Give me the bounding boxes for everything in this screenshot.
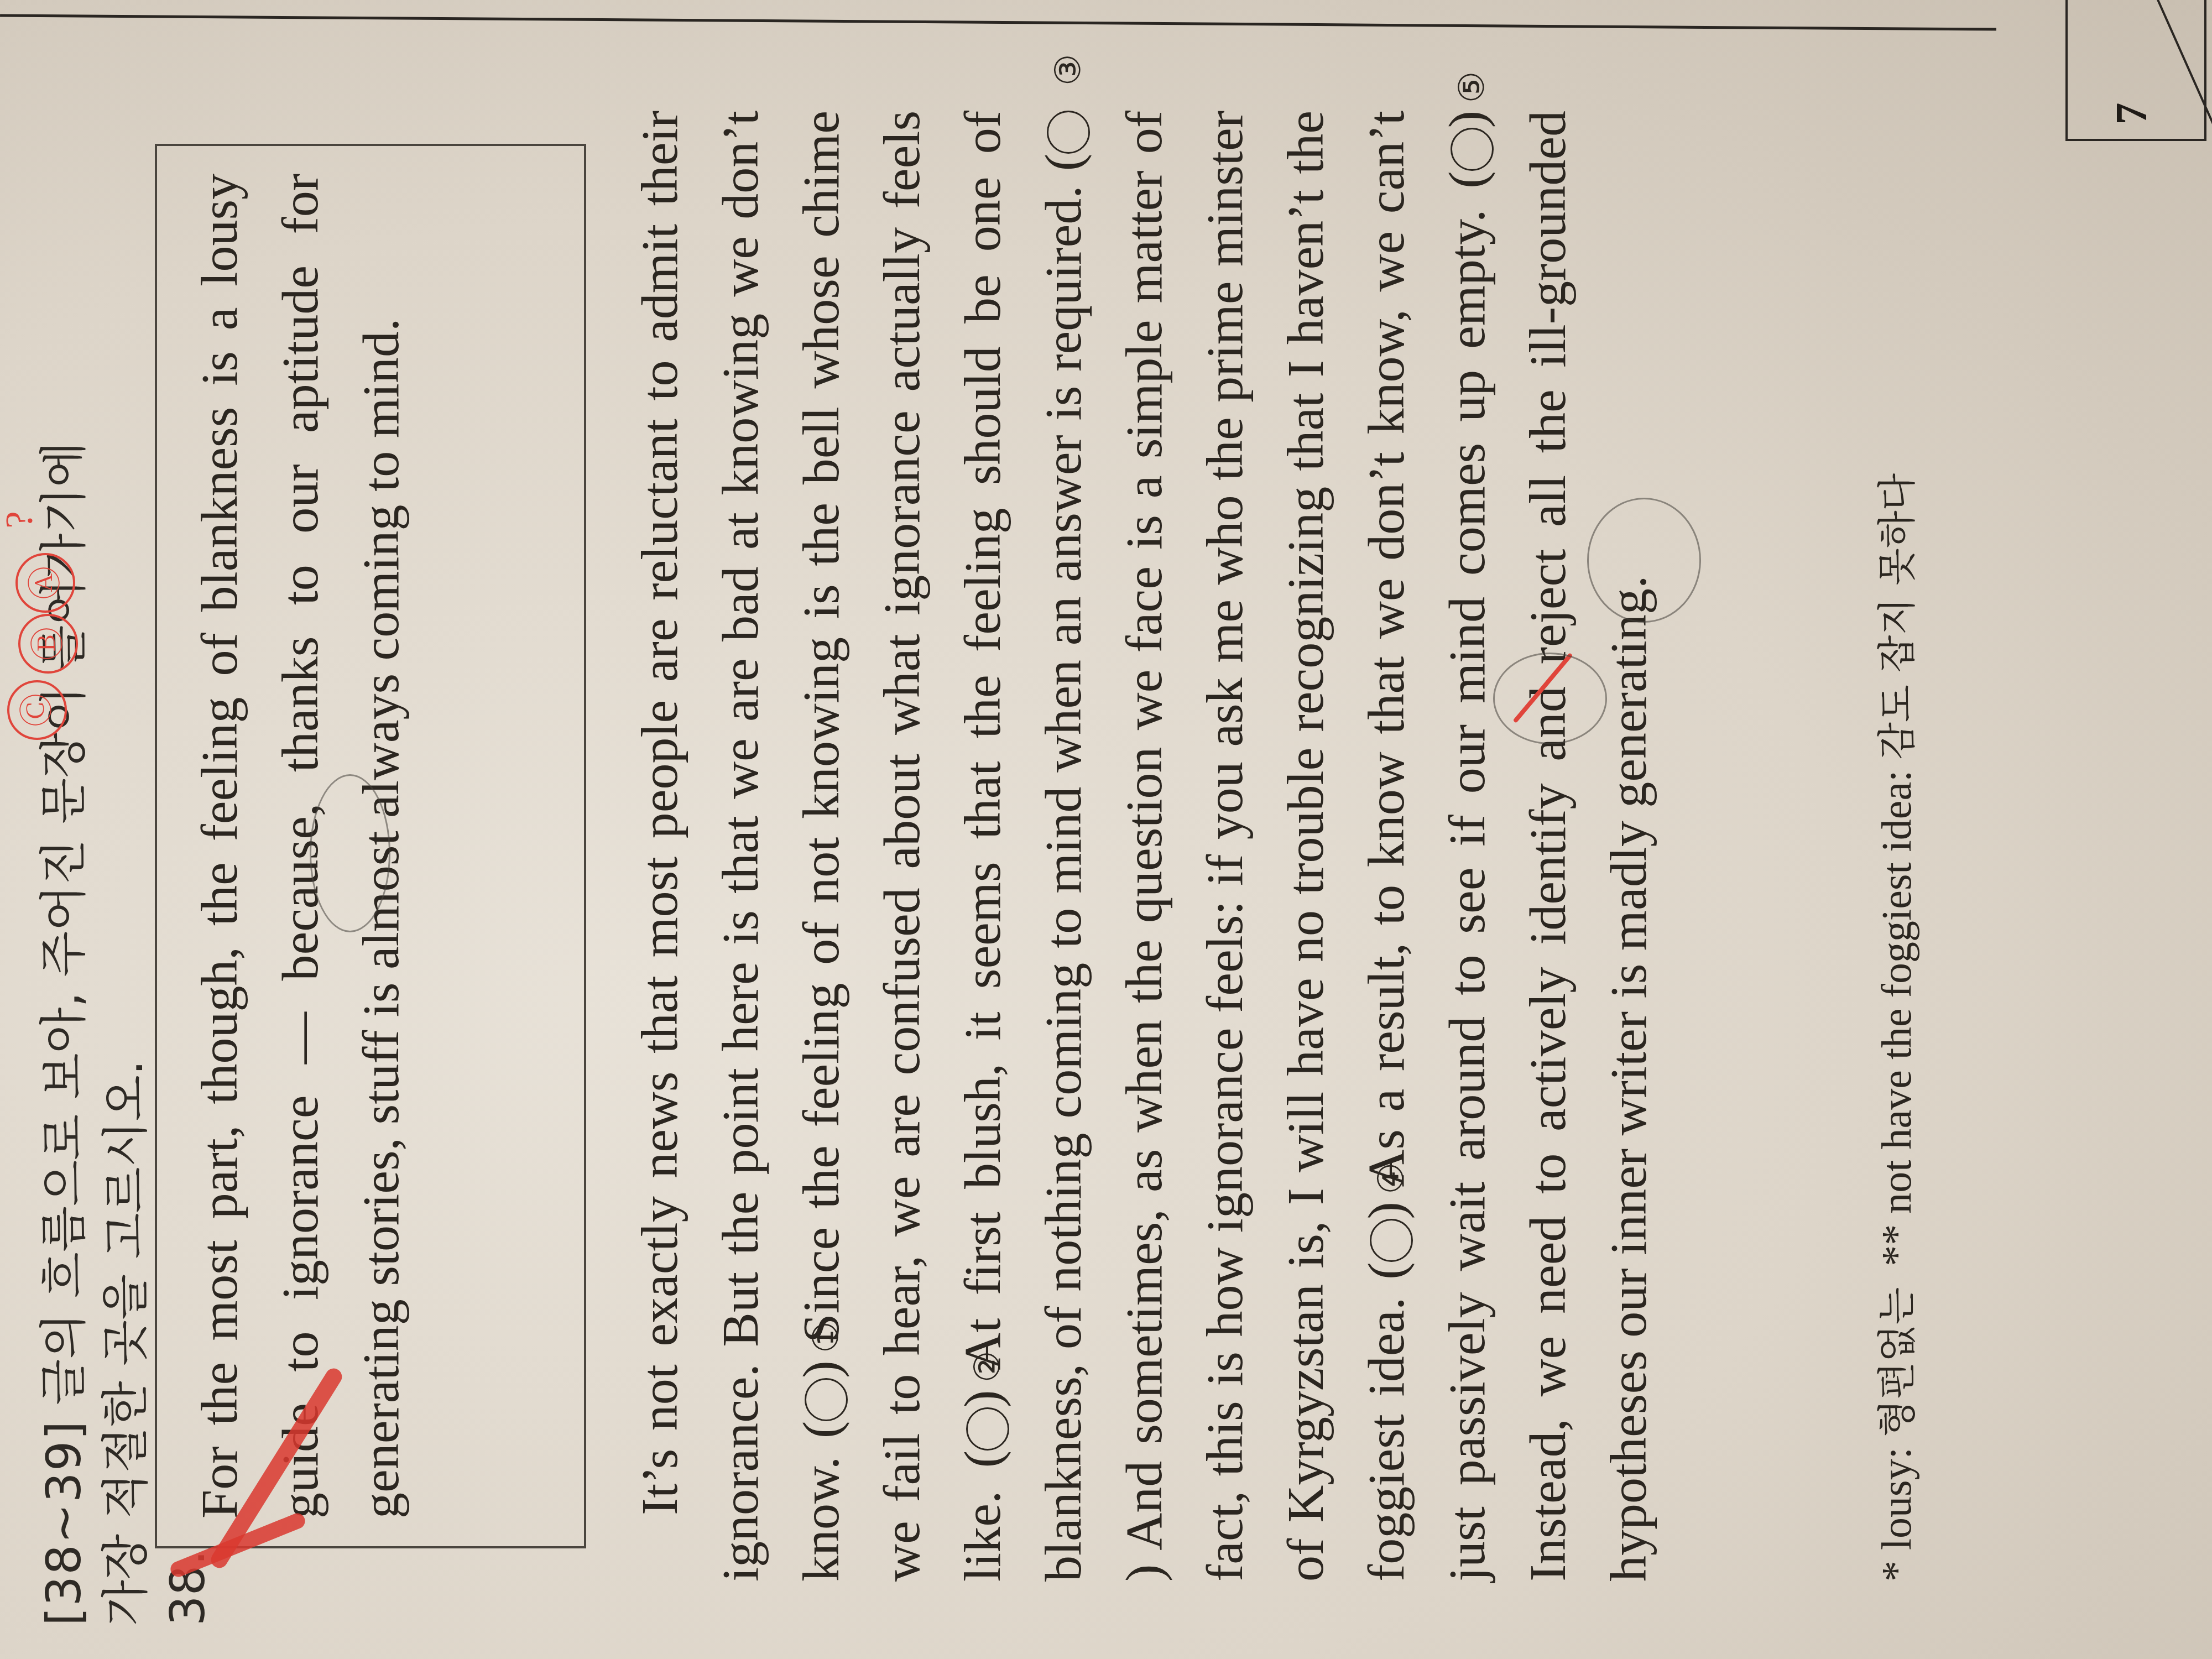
passage-text: At first blush, it seems that the feelin… [954,111,1092,1582]
handwritten-circle-c: Ⓒ [7,680,67,740]
question-header: [38~39] 글의 흐름으로 보아, 주어진 문장이 들어가기에 가장 적절한… [33,22,157,1626]
instruction-line-2: 가장 적절한 곳을 고르시오. [95,22,157,1626]
footnote: * lousy: 형편없는 ** not have the foggiest i… [1869,111,1925,1582]
insertion-marker-4[interactable]: ④ [1370,1219,1413,1262]
handwritten-circle-a: Ⓐ [15,553,75,613]
handwritten-question-mark: ? [0,511,42,528]
insertion-marker-1[interactable]: ① [805,1378,848,1421]
pencil-circle-marker-5 [1587,498,1701,623]
footnote-meaning-2: 감도 잡지 못하다 [1875,473,1920,760]
handwritten-sequence: Ⓐ Ⓑ Ⓒ [4,553,93,735]
passage-text: Instead, we need to actively identify an… [1519,111,1657,1582]
insertion-marker-2[interactable]: ② [966,1407,1009,1451]
insertion-marker-3[interactable]: ③ [1047,111,1090,154]
passage-paragraph: It’s not exactly news that most people a… [619,111,1669,1582]
question-range: [38~39] [36,1420,92,1626]
footnote-meaning-1: 형편없는 [1875,1287,1920,1437]
handwritten-circle-b: Ⓑ [18,614,78,674]
footnote-term-1: * lousy: [1874,1447,1920,1582]
insertion-marker-5[interactable]: ⑤ [1451,128,1494,171]
pencil-circle-marker-4 [1493,653,1607,744]
footnote-term-2: ** not have the foggiest idea: [1874,770,1920,1266]
pencil-circle-though [310,774,390,932]
passage-body: It’s not exactly news that most people a… [619,111,1669,1582]
